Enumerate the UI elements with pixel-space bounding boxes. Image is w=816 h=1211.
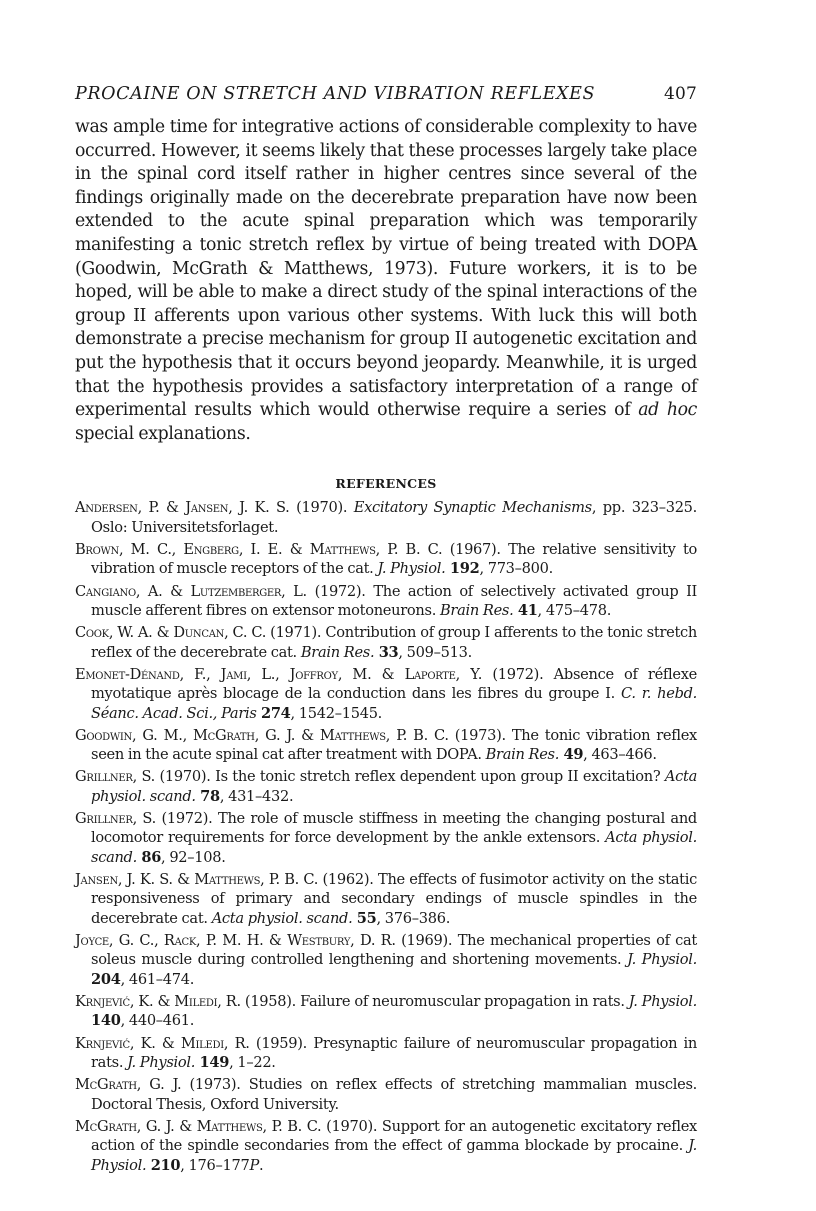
ref-authors: Krnjević, K. & Miledi, R. [75,993,241,1010]
ref-volume: 49 [559,746,583,763]
ref-title: Is the tonic stretch reflex dependent up… [215,768,665,785]
ref-year: (1958). [241,993,300,1010]
reference-item: Krnjević, K. & Miledi, R. (1959). Presyn… [75,1034,697,1073]
ref-pages: , 463–466. [583,746,657,763]
ref-volume: 192 [445,560,479,577]
reference-list: Andersen, P. & Jansen, J. K. S. (1970). … [75,498,697,1175]
ref-year: (1970). [321,1118,382,1135]
ref-authors: Krnjević, K. & Miledi, R. [75,1035,250,1052]
ref-year: (1970). [155,768,215,785]
ref-year: (1972). [307,583,373,600]
references-heading: REFERENCES [75,476,697,492]
document-page: PROCAINE ON STRETCH AND VIBRATION REFLEX… [75,82,697,1178]
ref-year: (1970). [290,499,354,516]
running-title: PROCAINE ON STRETCH AND VIBRATION REFLEX… [75,82,595,106]
ref-journal: J. Physiol. [629,993,697,1010]
ref-authors: Cangiano, A. & Lutzemberger, L. [75,583,307,600]
ref-pages: , 509–513. [398,644,472,661]
reference-item: Goodwin, G. M., McGrath, G. J. & Matthew… [75,726,697,765]
reference-item: Cangiano, A. & Lutzemberger, L. (1972). … [75,582,697,621]
ref-volume: 210 [146,1157,180,1174]
body-paragraph: was ample time for integrative actions o… [75,116,697,446]
reference-item: Grillner, S. (1970). Is the tonic stretc… [75,767,697,806]
ref-journal: Brain Res. [486,746,559,763]
ref-volume: 33 [374,644,398,661]
reference-item: McGrath, G. J. (1973). Studies on reflex… [75,1075,697,1114]
ref-journal: J. Physiol. [127,1054,195,1071]
ref-authors: McGrath, G. J. [75,1076,181,1093]
reference-item: Emonet-Dénand, F., Jami, L., Joffroy, M.… [75,665,697,723]
ref-year: (1959). [250,1035,314,1052]
ref-authors: McGrath, G. J. & Matthews, P. B. C. [75,1118,321,1135]
ref-volume: 204 [91,971,121,988]
ref-authors: Andersen, P. & Jansen, J. K. S. [75,499,290,516]
ref-year: (1972). [156,810,218,827]
reference-item: Andersen, P. & Jansen, J. K. S. (1970). … [75,498,697,537]
ref-authors: Brown, M. C., Engberg, I. E. & Matthews,… [75,541,442,558]
ref-year: (1969). [396,932,458,949]
ref-year: (1971). [266,624,325,641]
ref-year: (1972). [482,666,554,683]
ref-pages: , 773–800. [479,560,553,577]
ref-volume: 274 [257,705,291,722]
paragraph-italic-phrase: ad hoc [638,400,697,420]
ref-pages: , 475–478. [538,602,612,619]
ref-pages: , 461–474. [121,971,195,988]
ref-authors: Grillner, S. [75,768,155,785]
ref-pages: , 176–177 [180,1157,249,1174]
ref-journal: Brain Res. [440,602,513,619]
page-number: 407 [664,82,697,106]
reference-item: Joyce, G. C., Rack, P. M. H. & Westbury,… [75,931,697,989]
reference-item: Krnjević, K. & Miledi, R. (1958). Failur… [75,992,697,1031]
reference-item: Grillner, S. (1972). The role of muscle … [75,809,697,867]
ref-pages: , 92–108. [161,849,226,866]
running-head: PROCAINE ON STRETCH AND VIBRATION REFLEX… [75,82,697,108]
ref-journal: J. Physiol. [377,560,445,577]
ref-volume: 149 [195,1054,229,1071]
ref-pages: , 431–432. [220,788,294,805]
ref-end: . [259,1157,263,1174]
ref-journal: Acta physiol. scand. [212,910,353,927]
ref-year: (1962). [318,871,378,888]
paragraph-text-end: special explanations. [75,424,251,444]
ref-journal: Brain Res. [301,644,374,661]
reference-item: Brown, M. C., Engberg, I. E. & Matthews,… [75,540,697,579]
paragraph-text: was ample time for integrative actions o… [75,117,697,420]
ref-year: (1973). [181,1076,248,1093]
ref-title: Failure of neuromuscular propagation in … [300,993,629,1010]
ref-page-suffix: P [249,1157,259,1174]
ref-volume: 55 [352,910,376,927]
ref-authors: Joyce, G. C., Rack, P. M. H. & Westbury,… [75,932,396,949]
ref-year: (1967). [442,541,508,558]
body-text: was ample time for integrative actions o… [75,116,697,446]
ref-volume: 140 [91,1012,121,1029]
ref-pages: , 376–386. [377,910,451,927]
ref-volume: 78 [196,788,220,805]
ref-authors: Grillner, S. [75,810,156,827]
ref-pages: , 1–22. [229,1054,276,1071]
reference-item: McGrath, G. J. & Matthews, P. B. C. (197… [75,1117,697,1175]
ref-year: (1973). [449,727,512,744]
ref-authors: Emonet-Dénand, F., Jami, L., Joffroy, M.… [75,666,482,683]
ref-authors: Goodwin, G. M., McGrath, G. J. & Matthew… [75,727,449,744]
ref-authors: Cook, W. A. & Duncan, C. C. [75,624,266,641]
reference-item: Cook, W. A. & Duncan, C. C. (1971). Cont… [75,623,697,662]
ref-journal: Excitatory Synaptic Mechanisms [354,499,592,516]
ref-pages: , 440–461. [121,1012,195,1029]
ref-journal: J. Physiol. [627,951,697,968]
ref-volume: 41 [513,602,537,619]
ref-pages: , 1542–1545. [291,705,383,722]
ref-volume: 86 [137,849,161,866]
ref-authors: Jansen, J. K. S. & Matthews, P. B. C. [75,871,318,888]
reference-item: Jansen, J. K. S. & Matthews, P. B. C. (1… [75,870,697,928]
